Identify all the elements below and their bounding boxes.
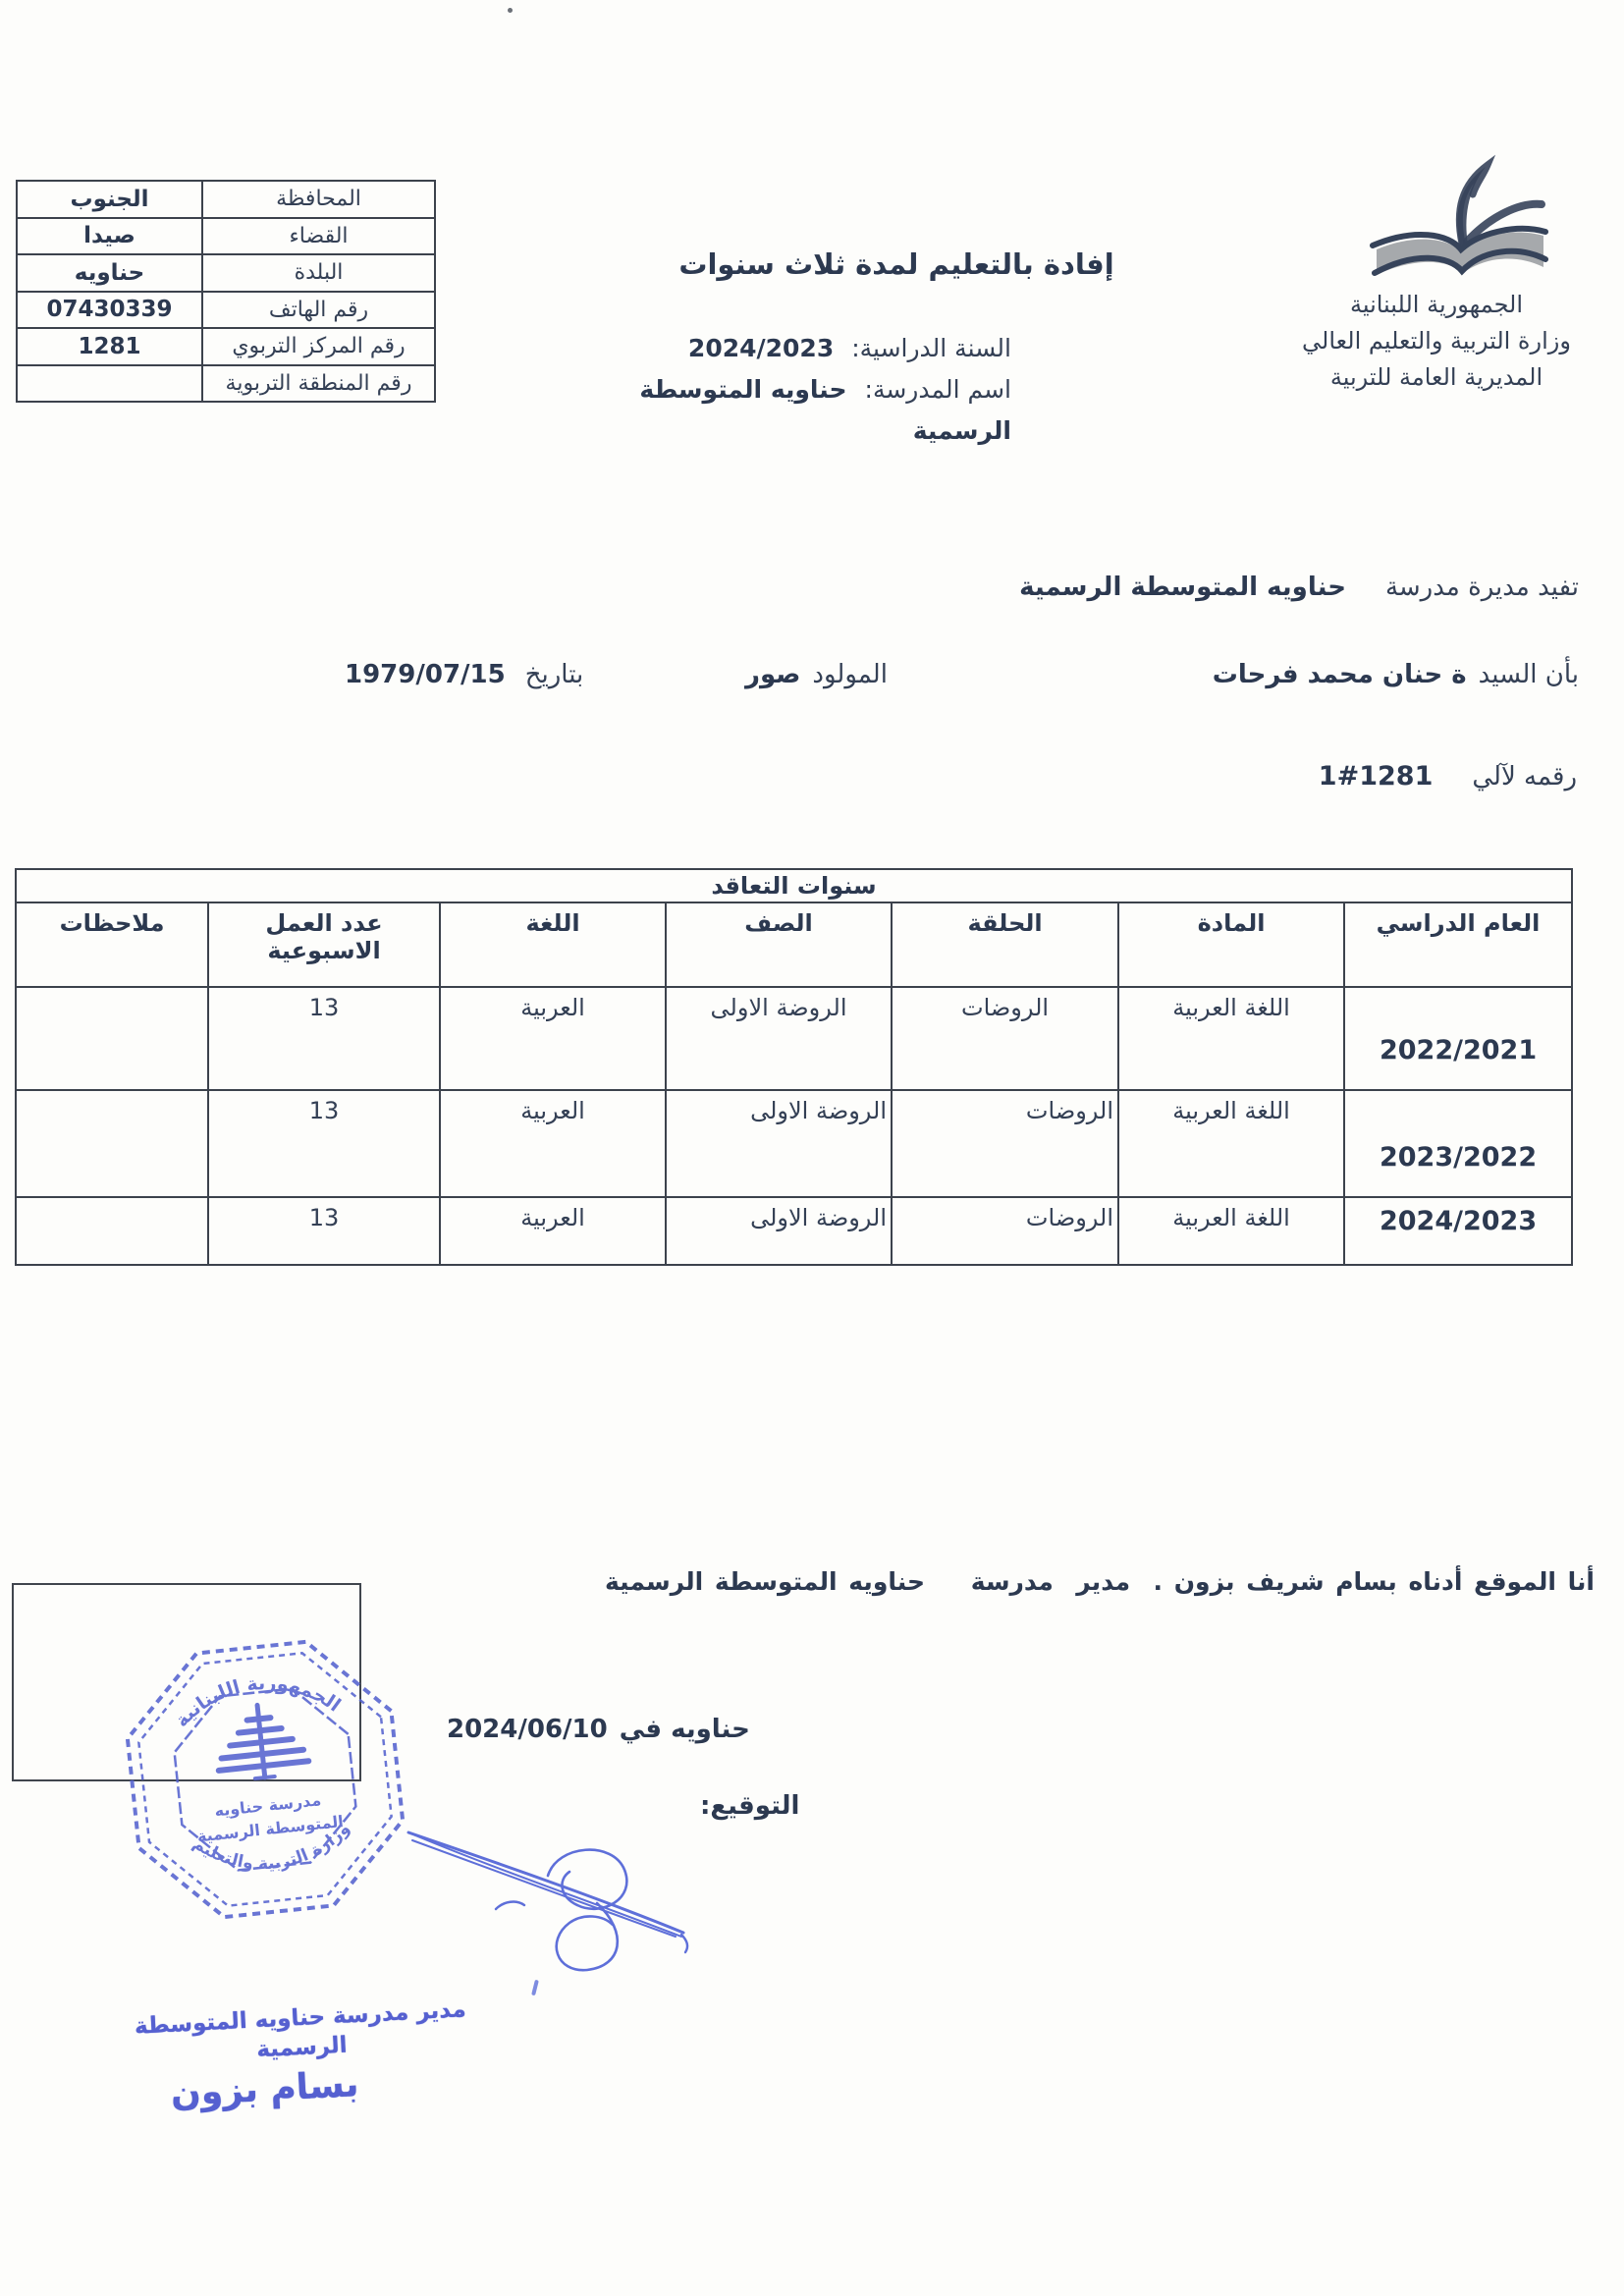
- cell-language: العربية: [440, 1090, 666, 1197]
- born-place: صور: [745, 660, 800, 689]
- cell-year: 2022/2021: [1344, 987, 1572, 1090]
- birthdate-value: 1979/07/15: [345, 660, 506, 689]
- col-header-weekly-hours: عدد العمل الاسبوعية: [208, 902, 440, 987]
- person-prefix: بأن السيد: [1479, 660, 1579, 689]
- table-row: 2024/2023 اللغة العربية الروضات الروضة ا…: [16, 1197, 1572, 1265]
- page-title: إفادة بالتعليم لمدة ثلاث سنوات: [553, 247, 1240, 281]
- place-date-value: 2024/06/10: [447, 1715, 608, 1744]
- certify-school-name: حناويه المتوسطة الرسمية: [1019, 573, 1346, 602]
- cell-weekly-hours: 13: [208, 1090, 440, 1197]
- cell-grade: الروضة الاولى: [666, 987, 892, 1090]
- info-label: رقم المركز التربوي: [202, 328, 435, 365]
- school-name-label: اسم المدرسة:: [865, 375, 1011, 404]
- info-value: حناويه: [17, 254, 202, 292]
- table-row: القضاء صيدا: [17, 218, 435, 255]
- table-row: رقم المركز التربوي 1281: [17, 328, 435, 365]
- place-date-label: حناويه في: [620, 1715, 750, 1744]
- table-row: رقم الهاتف 07430339: [17, 292, 435, 329]
- auto-number-value: 1281#1: [1319, 761, 1434, 792]
- cell-grade: الروضة الاولى: [666, 1197, 892, 1265]
- cell-notes: [16, 987, 208, 1090]
- cell-year: 2024/2023: [1344, 1197, 1572, 1265]
- table-row: البلدة حناويه: [17, 254, 435, 292]
- cell-language: العربية: [440, 987, 666, 1090]
- birthdate-label: بتاريخ: [525, 660, 584, 689]
- person-line: بأن السيدة حنان محمد فرحات: [1213, 660, 1579, 689]
- admin-info-table: المحافظة الجنوب القضاء صيدا البلدة حناوي…: [16, 180, 436, 403]
- info-value: الجنوب: [17, 181, 202, 218]
- col-header-school-year: العام الدراسي: [1344, 902, 1572, 987]
- contract-years-table: سنوات التعاقد العام الدراسي المادة الحلق…: [15, 868, 1573, 1266]
- birthplace-segment: المولودصور: [745, 660, 888, 689]
- signature-label: التوقيع:: [700, 1791, 799, 1821]
- school-info-block: السنة الدراسية:2024/2023 اسم المدرسة:حنا…: [607, 328, 1011, 452]
- scan-artifact-dot: [508, 8, 513, 13]
- info-label: القضاء: [202, 218, 435, 255]
- table-caption-row: سنوات التعاقد: [16, 869, 1572, 902]
- school-name-row: اسم المدرسة:حناويه المتوسطة الرسمية: [607, 369, 1011, 452]
- place-date-line: حناويه في2024/06/10: [447, 1715, 750, 1744]
- info-value: [17, 365, 202, 403]
- cell-subject: اللغة العربية: [1118, 1090, 1344, 1197]
- auto-number-line: رقمه لآلي1281#1: [1319, 761, 1577, 792]
- certify-line: تفيد مديرة مدرسةحناويه المتوسطة الرسمية: [1019, 573, 1579, 602]
- cell-grade: الروضة الاولى: [666, 1090, 892, 1197]
- table-row: المحافظة الجنوب: [17, 181, 435, 218]
- col-header-language: اللغة: [440, 902, 666, 987]
- cell-year: 2023/2022: [1344, 1090, 1572, 1197]
- table-caption: سنوات التعاقد: [16, 869, 1572, 902]
- auto-number-label: رقمه لآلي: [1472, 762, 1577, 792]
- republic-line: الجمهورية اللبنانية: [1265, 287, 1608, 323]
- col-header-cycle: الحلقة: [892, 902, 1118, 987]
- info-value: صيدا: [17, 218, 202, 255]
- cell-subject: اللغة العربية: [1118, 987, 1344, 1090]
- person-name: ة حنان محمد فرحات: [1213, 660, 1467, 689]
- info-label: رقم المنطقة التربوية: [202, 365, 435, 403]
- declaration-line: أنا الموقع أدناه بسام شريف بزون . مدير م…: [605, 1567, 1595, 1596]
- cell-language: العربية: [440, 1197, 666, 1265]
- directorate-line: المديرية العامة للتربية: [1265, 359, 1608, 396]
- government-header: الجمهورية اللبنانية وزارة التربية والتعل…: [1265, 287, 1608, 396]
- table-row: رقم المنطقة التربوية: [17, 365, 435, 403]
- official-octagon-stamp-icon: الجمهورية اللبنانية مدرسة حناويه المتوسط…: [105, 1613, 426, 1944]
- ministry-logo-open-book-icon: [1357, 126, 1563, 288]
- info-label: رقم الهاتف: [202, 292, 435, 329]
- cell-notes: [16, 1090, 208, 1197]
- cell-cycle: الروضات: [892, 1090, 1118, 1197]
- born-label: المولود: [812, 660, 888, 689]
- birthdate-segment: بتاريخ1979/07/15: [345, 660, 583, 689]
- school-year-row: السنة الدراسية:2024/2023: [607, 328, 1011, 369]
- cell-weekly-hours: 13: [208, 987, 440, 1090]
- school-year-value: 2024/2023: [688, 334, 834, 362]
- table-row: 2022/2021 اللغة العربية الروضات الروضة ا…: [16, 987, 1572, 1090]
- info-label: المحافظة: [202, 181, 435, 218]
- col-header-notes: ملاحظات: [16, 902, 208, 987]
- cell-cycle: الروضات: [892, 987, 1118, 1090]
- info-label: البلدة: [202, 254, 435, 292]
- certify-prefix: تفيد مديرة مدرسة: [1385, 573, 1579, 602]
- cedar-tree-icon: [212, 1701, 309, 1782]
- ministry-line: وزارة التربية والتعليم العالي: [1265, 323, 1608, 359]
- info-value: 1281: [17, 328, 202, 365]
- info-value: 07430339: [17, 292, 202, 329]
- cell-cycle: الروضات: [892, 1197, 1118, 1265]
- certificate-page: المحافظة الجنوب القضاء صيدا البلدة حناوي…: [0, 0, 1624, 2296]
- cell-notes: [16, 1197, 208, 1265]
- director-name-stamp: مدير مدرسة حناويه المتوسطة الرسمية بسام …: [113, 1994, 491, 2123]
- table-header-row: العام الدراسي المادة الحلقة الصف اللغة ع…: [16, 902, 1572, 987]
- col-header-subject: المادة: [1118, 902, 1344, 987]
- school-year-label: السنة الدراسية:: [851, 334, 1011, 362]
- cell-subject: اللغة العربية: [1118, 1197, 1344, 1265]
- handwritten-signature-scribble: [401, 1815, 705, 2001]
- table-row: 2023/2022 اللغة العربية الروضات الروضة ا…: [16, 1090, 1572, 1197]
- col-header-grade: الصف: [666, 902, 892, 987]
- cell-weekly-hours: 13: [208, 1197, 440, 1265]
